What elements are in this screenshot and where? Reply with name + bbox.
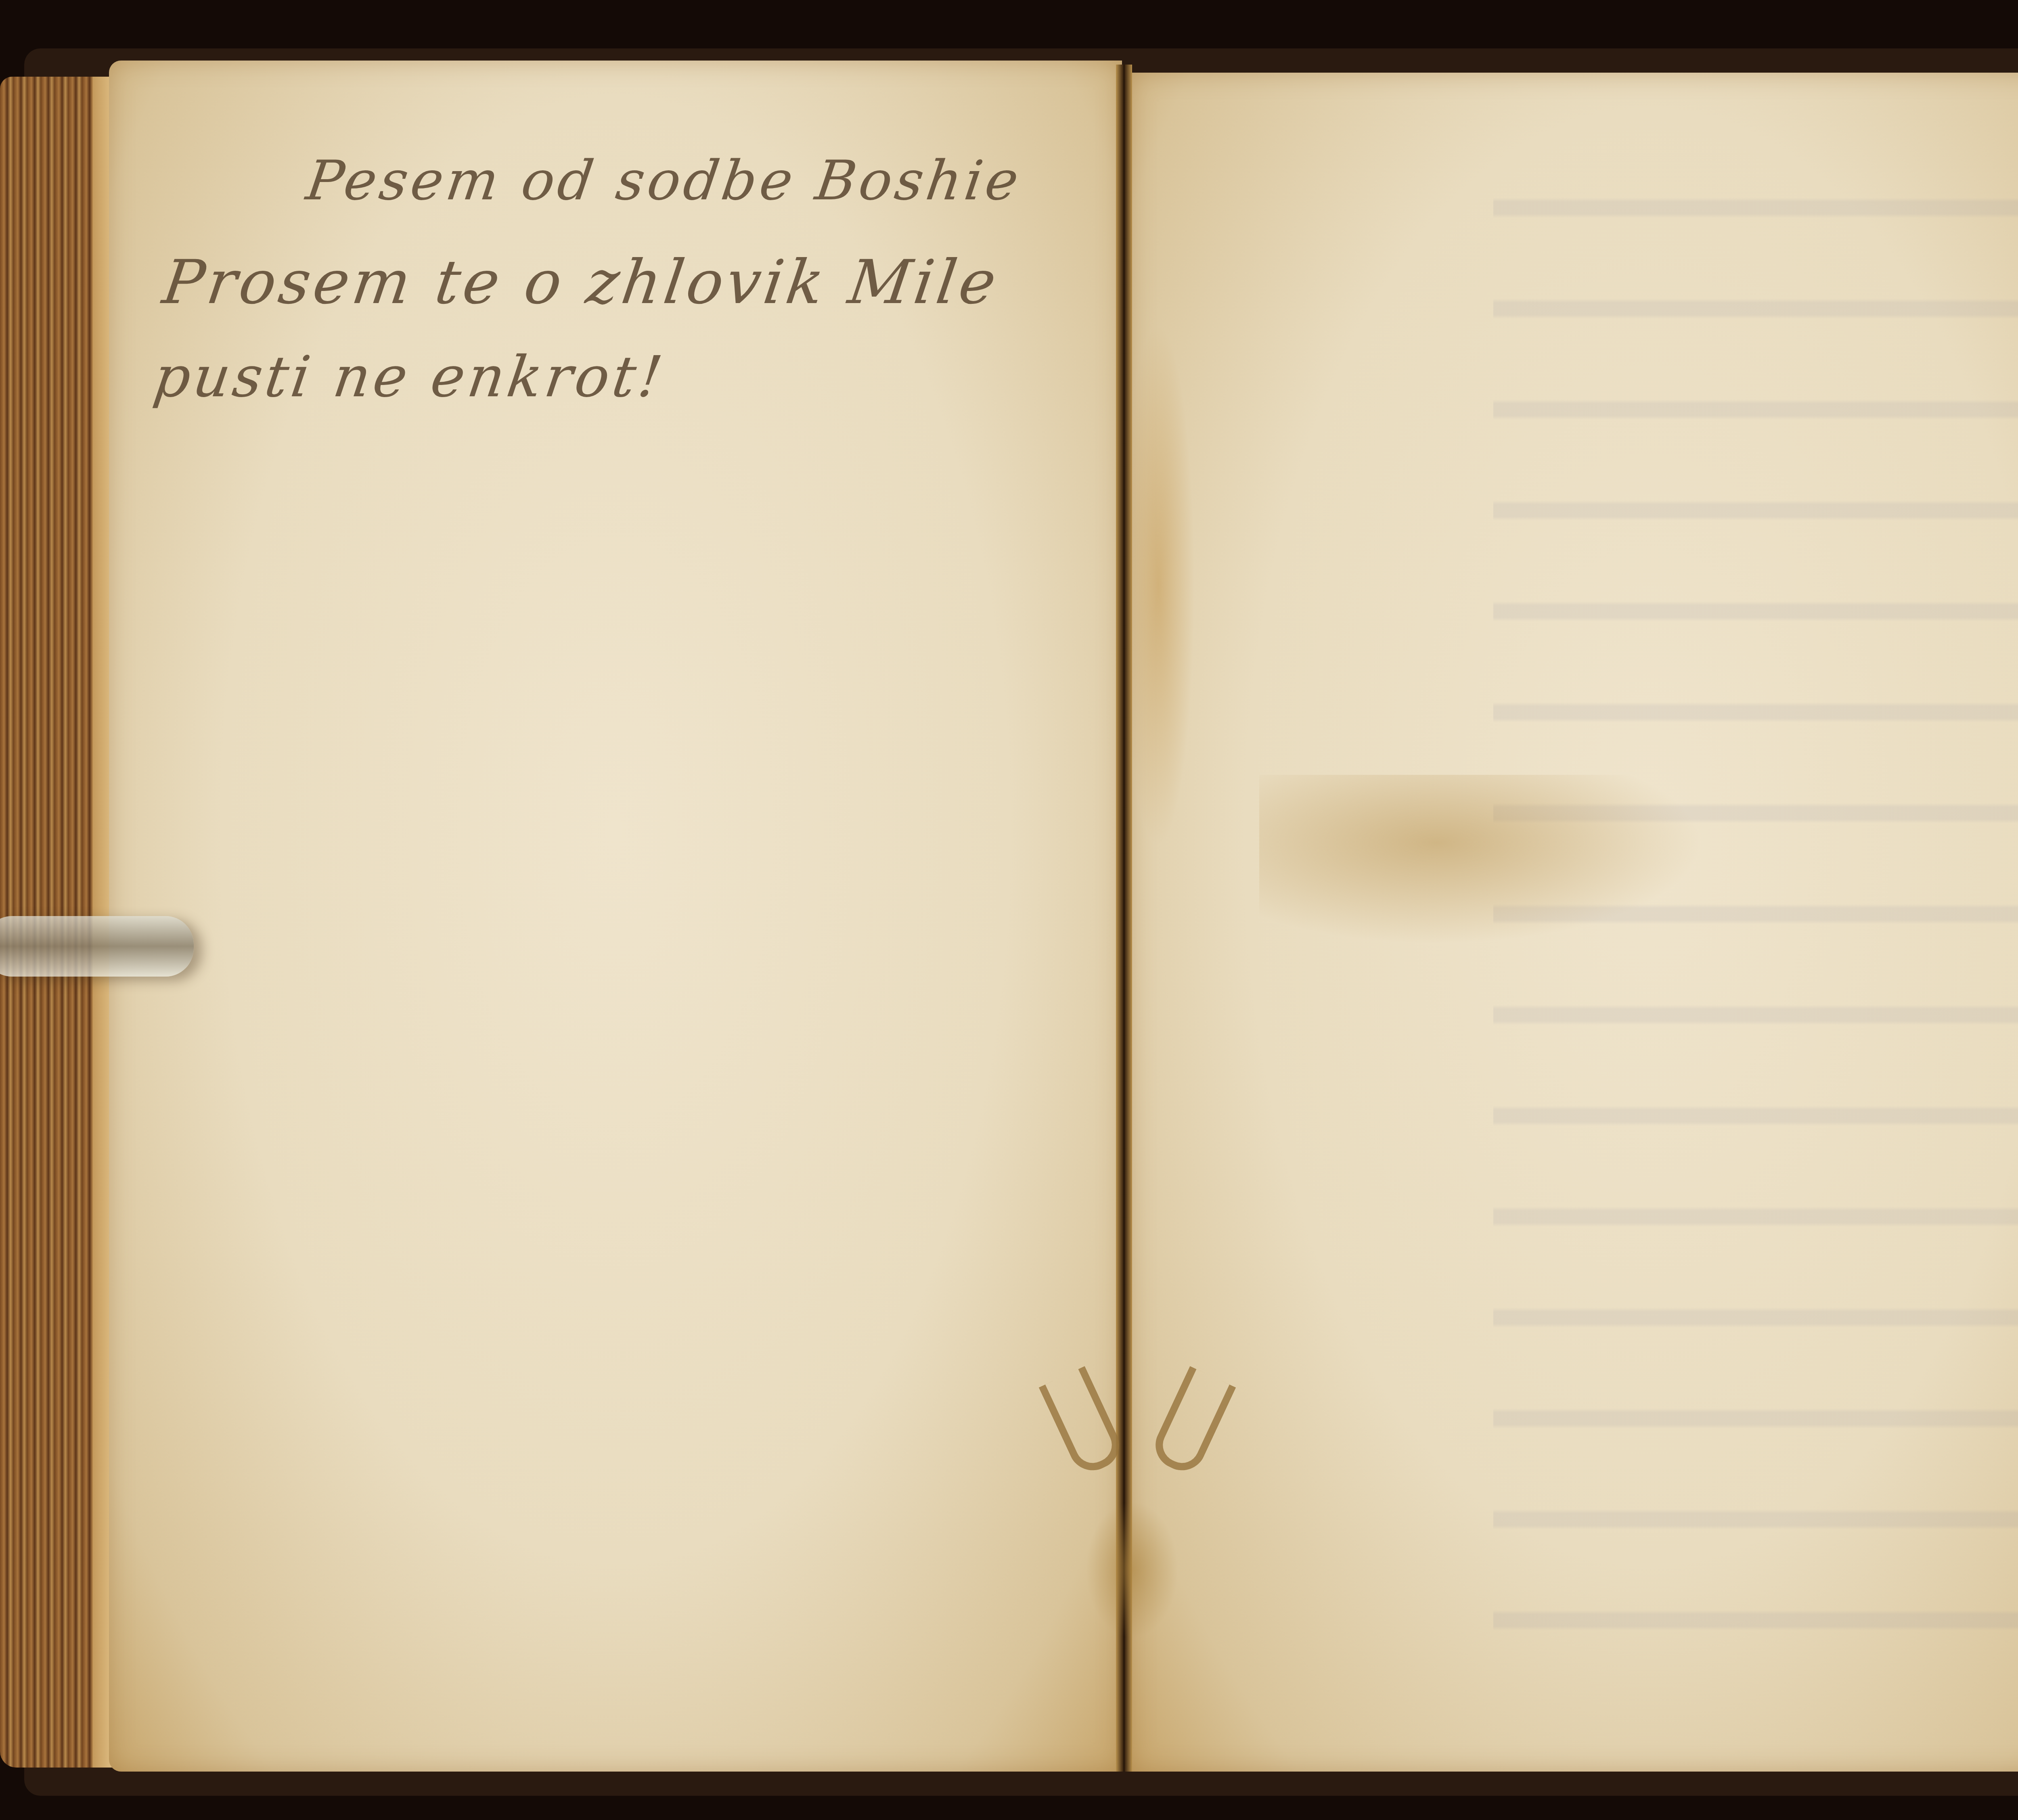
- manuscript-line-3: pusti ne enkrot!: [146, 349, 1082, 406]
- handwritten-text: Pesem od sodbe Boshie Prosem te o zhlovi…: [141, 153, 1110, 442]
- manuscript-line-2: Prosem te o zhlovik Mile: [159, 252, 1096, 313]
- gutter-stain: [1086, 1501, 1179, 1638]
- manuscript-title: Pesem od sodbe Boshie: [174, 153, 1110, 208]
- water-stain: [1259, 775, 1703, 944]
- book-photograph: Pesem od sodbe Boshie Prosem te o zhlovi…: [0, 0, 2018, 1820]
- gutter-foxing: [1122, 323, 1195, 847]
- glass-rod-clamp-left: [0, 916, 194, 977]
